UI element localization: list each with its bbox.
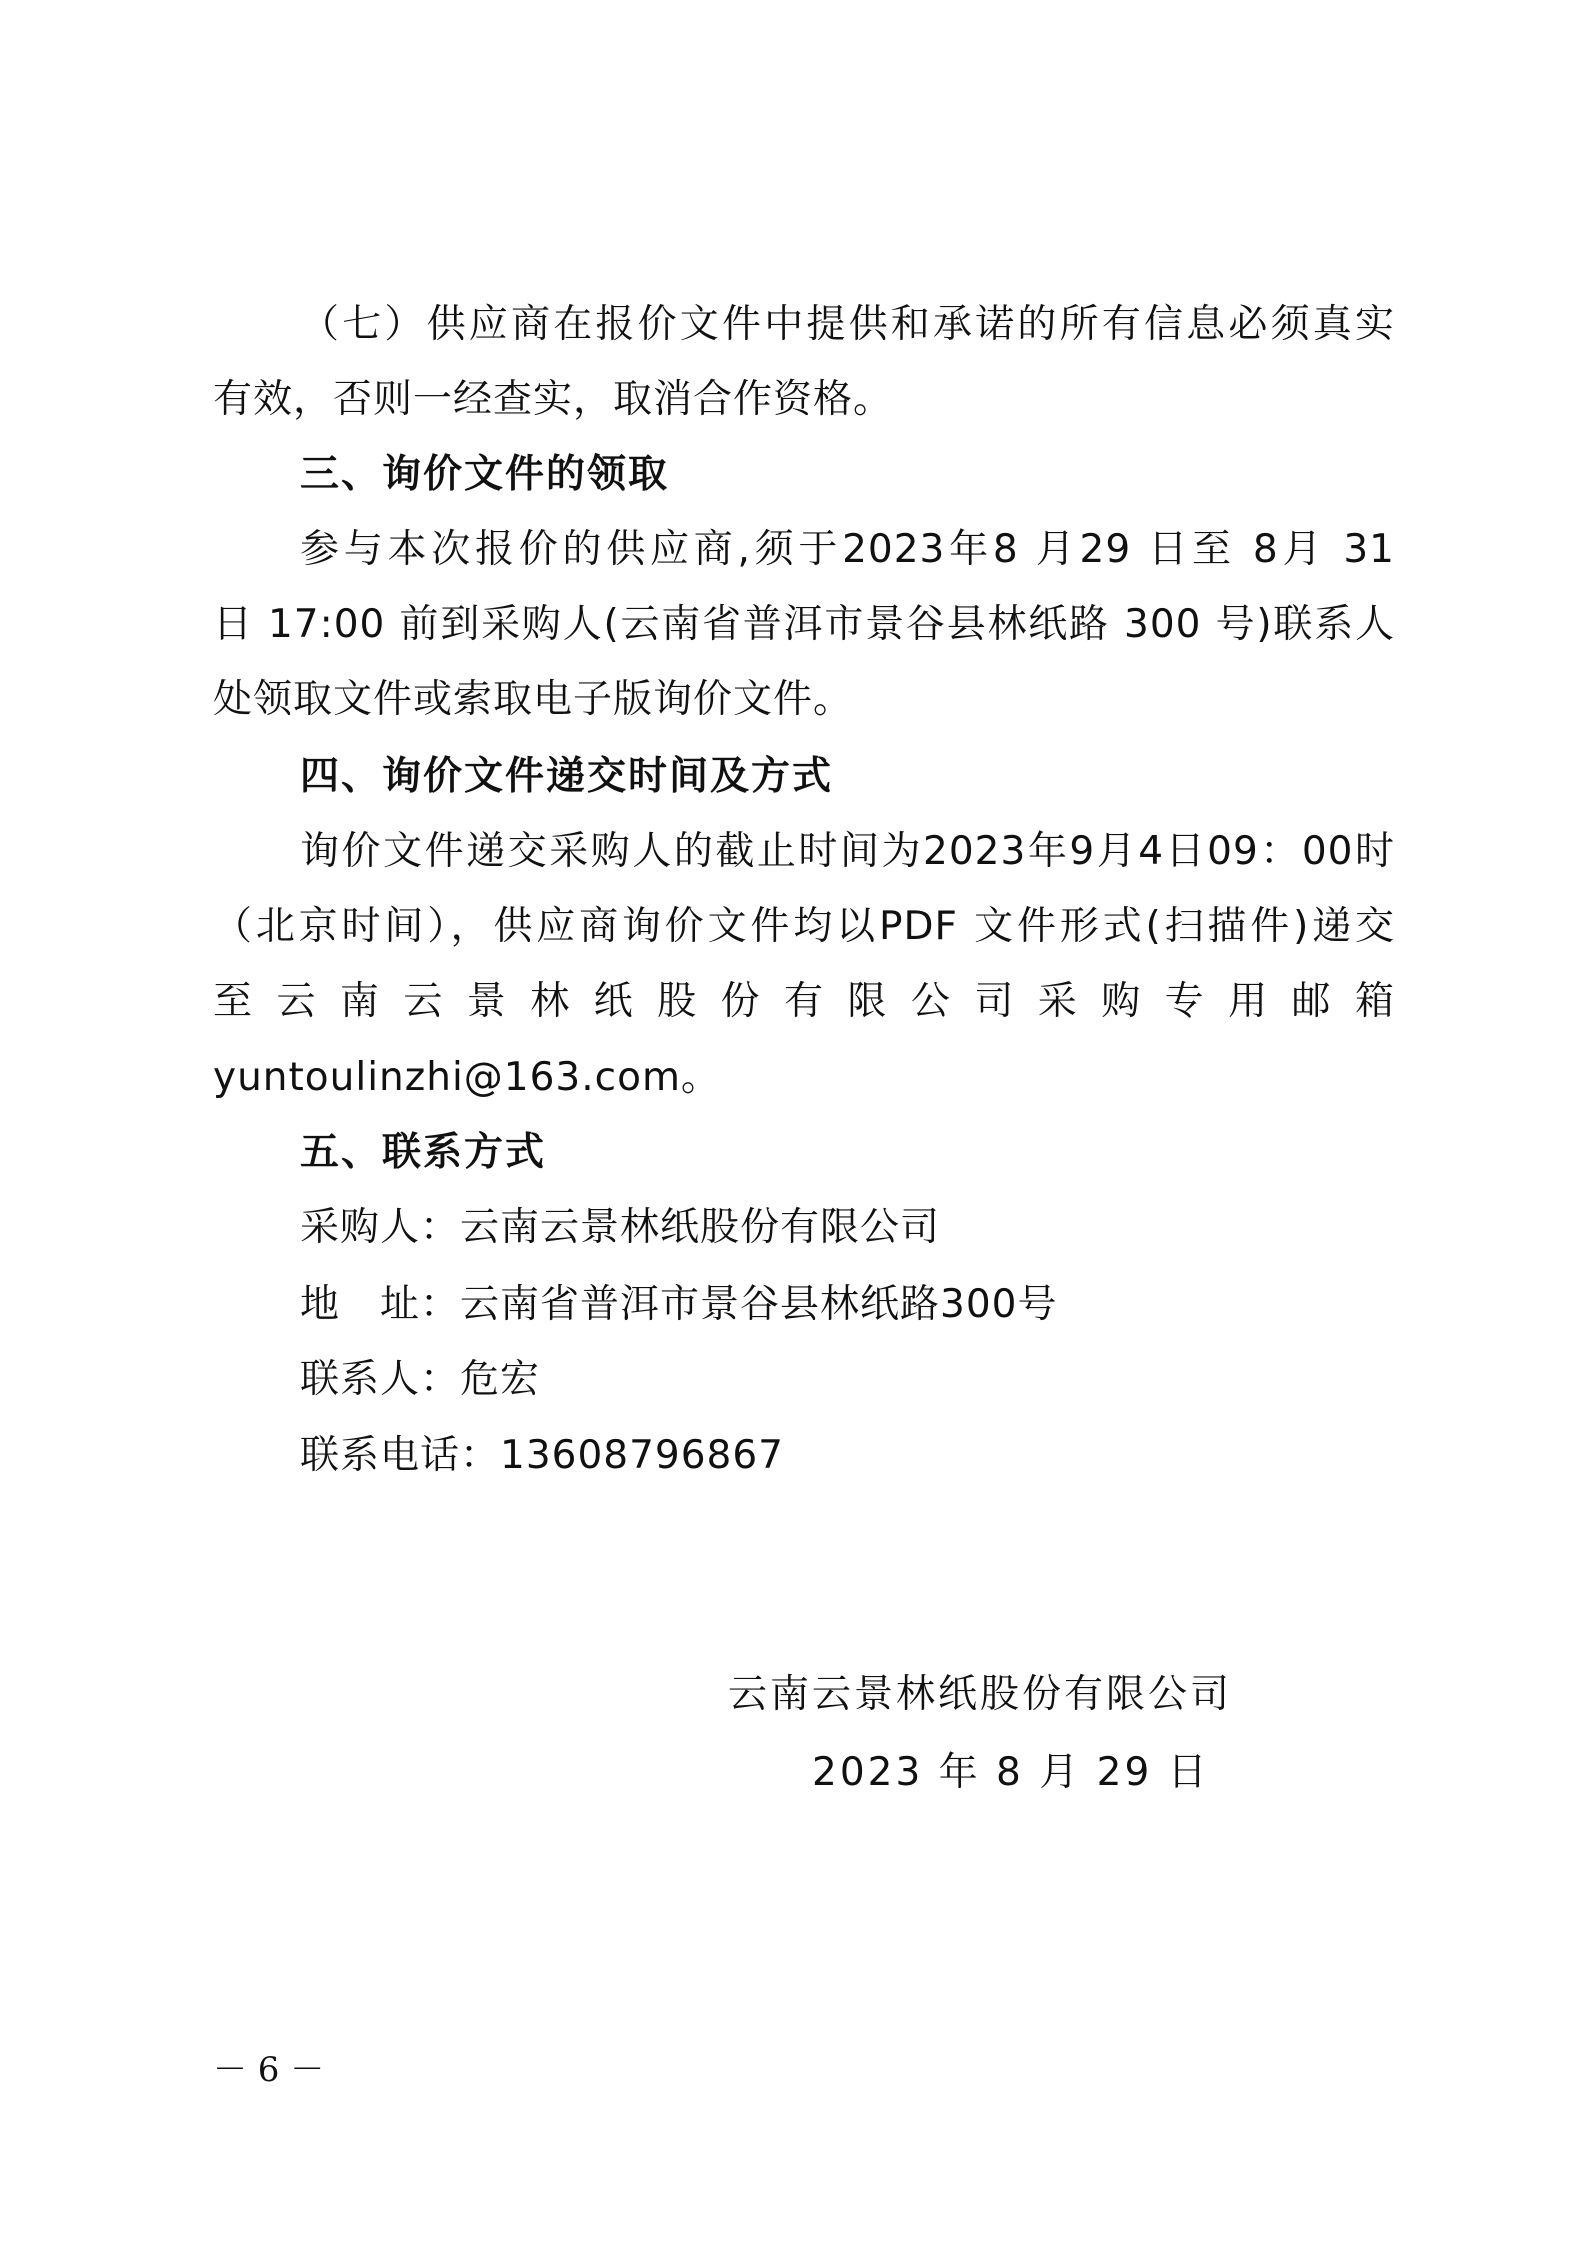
address-line: 地 址：云南省普洱市景谷县林纸路300号: [300, 1279, 1395, 1331]
email-address: yuntoulinzhi@163.com。: [213, 1052, 1395, 1104]
section-three-heading: 三、询价文件的领取: [300, 449, 1395, 501]
signature-company: 云南云景林纸股份有限公司: [728, 1669, 1232, 1721]
contact-phone-line: 联系电话：13608796867: [300, 1430, 1395, 1482]
signature-date: 2023 年 8 月 29 日: [812, 1747, 1210, 1799]
document-page: （七）供应商在报价文件中提供和承诺的所有信息必须真实 有效，否则一经查实，取消合…: [0, 0, 1587, 2245]
purchaser-line: 采购人：云南云景林纸股份有限公司: [300, 1202, 1395, 1254]
page-number: － 6 －: [213, 2046, 324, 2094]
section-four-heading: 四、询价文件递交时间及方式: [300, 751, 1395, 803]
section-four-line-1: 询价文件递交采购人的截止时间为2023年9月4日09：00时: [300, 826, 1395, 878]
section-four-line-2: （北京时间），供应商询价文件均以PDF 文件形式(扫描件)递交: [213, 901, 1395, 953]
section-seven-line-2: 有效，否则一经查实，取消合作资格。: [213, 374, 1395, 426]
section-three-line-1: 参与本次报价的供应商,须于2023年8 月29 日至 8月 31: [300, 524, 1395, 576]
section-three-line-2: 日 17:00 前到采购人(云南省普洱市景谷县林纸路 300 号)联系人: [213, 599, 1395, 651]
section-four-line-3: 至云南云景林纸股份有限公司采购专用邮箱: [213, 976, 1395, 1028]
section-five-heading: 五、联系方式: [300, 1127, 1395, 1179]
contact-person-line: 联系人：危宏: [300, 1354, 1395, 1406]
section-three-line-3: 处领取文件或索取电子版询价文件。: [213, 674, 1395, 726]
section-seven-line-1: （七）供应商在报价文件中提供和承诺的所有信息必须真实: [300, 299, 1395, 351]
